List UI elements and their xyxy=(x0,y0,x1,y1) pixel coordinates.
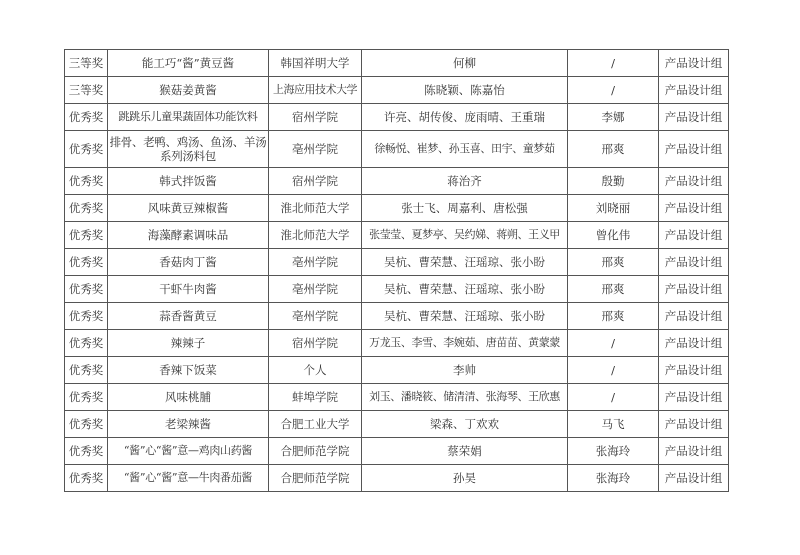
product-cell: 猴菇姜黄酱 xyxy=(108,77,269,104)
award-cell: 三等奖 xyxy=(65,50,108,77)
school-cell: 合肥师范学院 xyxy=(269,438,362,465)
table-row: 优秀奖 排骨、老鸭、鸡汤、鱼汤、羊汤系列汤料包 亳州学院 徐畅悦、崔梦、孙玉喜、… xyxy=(65,131,729,168)
group-cell: 产品设计组 xyxy=(659,104,729,131)
product-cell: 能工巧“酱”黄豆酱 xyxy=(108,50,269,77)
group-cell: 产品设计组 xyxy=(659,465,729,492)
award-cell: 优秀奖 xyxy=(65,104,108,131)
members-cell: 李帅 xyxy=(362,357,568,384)
table-row: 优秀奖 干虾牛肉酱 亳州学院 吴杭、曹荣慧、汪瑶琼、张小盼 邢爽 产品设计组 xyxy=(65,276,729,303)
group-cell: 产品设计组 xyxy=(659,438,729,465)
table-row: 优秀奖 风味黄豆辣椒酱 淮北师范大学 张士飞、周嘉利、唐松强 刘晓丽 产品设计组 xyxy=(65,195,729,222)
members-cell: 吴杭、曹荣慧、汪瑶琼、张小盼 xyxy=(362,249,568,276)
advisor-cell: 张海玲 xyxy=(568,438,659,465)
table-row: 优秀奖 香菇肉丁酱 亳州学院 吴杭、曹荣慧、汪瑶琼、张小盼 邢爽 产品设计组 xyxy=(65,249,729,276)
members-cell: 徐畅悦、崔梦、孙玉喜、田宇、童梦茹 xyxy=(362,131,568,168)
table-row: 优秀奖 海藻酵素调味品 淮北师范大学 张莹莹、夏梦亭、吴约娣、蒋朔、王义甲 曾化… xyxy=(65,222,729,249)
table-row: 优秀奖 辣辣子 宿州学院 万龙玉、李雪、李婉茹、唐苗苗、黄蒙蒙 / 产品设计组 xyxy=(65,330,729,357)
members-cell: 陈晓颖、陈嘉怡 xyxy=(362,77,568,104)
product-cell: 香菇肉丁酱 xyxy=(108,249,269,276)
school-cell: 合肥工业大学 xyxy=(269,411,362,438)
award-cell: 优秀奖 xyxy=(65,411,108,438)
table-row: 三等奖 猴菇姜黄酱 上海应用技术大学 陈晓颖、陈嘉怡 / 产品设计组 xyxy=(65,77,729,104)
group-cell: 产品设计组 xyxy=(659,384,729,411)
group-cell: 产品设计组 xyxy=(659,77,729,104)
table-row: 优秀奖 老梁辣酱 合肥工业大学 梁森、丁欢欢 马飞 产品设计组 xyxy=(65,411,729,438)
product-cell: 韩式拌饭酱 xyxy=(108,168,269,195)
award-cell: 优秀奖 xyxy=(65,249,108,276)
award-cell: 优秀奖 xyxy=(65,357,108,384)
members-cell: 蒋治齐 xyxy=(362,168,568,195)
group-cell: 产品设计组 xyxy=(659,50,729,77)
school-cell: 个人 xyxy=(269,357,362,384)
awards-table: 三等奖 能工巧“酱”黄豆酱 韩国祥明大学 何柳 / 产品设计组 三等奖 猴菇姜黄… xyxy=(64,49,729,492)
table-row: 优秀奖 韩式拌饭酱 宿州学院 蒋治齐 殷勤 产品设计组 xyxy=(65,168,729,195)
members-cell: 吴杭、曹荣慧、汪瑶琼、张小盼 xyxy=(362,303,568,330)
advisor-cell: / xyxy=(568,330,659,357)
award-cell: 优秀奖 xyxy=(65,131,108,168)
product-cell: 海藻酵素调味品 xyxy=(108,222,269,249)
award-cell: 优秀奖 xyxy=(65,168,108,195)
members-cell: 张莹莹、夏梦亭、吴约娣、蒋朔、王义甲 xyxy=(362,222,568,249)
members-cell: 万龙玉、李雪、李婉茹、唐苗苗、黄蒙蒙 xyxy=(362,330,568,357)
school-cell: 亳州学院 xyxy=(269,276,362,303)
advisor-cell: 邢爽 xyxy=(568,276,659,303)
product-cell: 辣辣子 xyxy=(108,330,269,357)
award-cell: 优秀奖 xyxy=(65,330,108,357)
award-cell: 优秀奖 xyxy=(65,303,108,330)
group-cell: 产品设计组 xyxy=(659,222,729,249)
school-cell: 亳州学院 xyxy=(269,303,362,330)
product-cell: 风味黄豆辣椒酱 xyxy=(108,195,269,222)
table-row: 优秀奖 香辣下饭菜 个人 李帅 / 产品设计组 xyxy=(65,357,729,384)
group-cell: 产品设计组 xyxy=(659,195,729,222)
group-cell: 产品设计组 xyxy=(659,330,729,357)
table-row: 优秀奖 蒜香酱黄豆 亳州学院 吴杭、曹荣慧、汪瑶琼、张小盼 邢爽 产品设计组 xyxy=(65,303,729,330)
school-cell: 上海应用技术大学 xyxy=(269,77,362,104)
product-cell: “酱”心“酱”意—鸡肉山药酱 xyxy=(108,438,269,465)
group-cell: 产品设计组 xyxy=(659,249,729,276)
members-cell: 许亮、胡传俊、庞雨晴、王重瑞 xyxy=(362,104,568,131)
table-row: 优秀奖 “酱”心“酱”意—牛肉番茄酱 合肥师范学院 孙昊 张海玲 产品设计组 xyxy=(65,465,729,492)
school-cell: 宿州学院 xyxy=(269,330,362,357)
product-cell: “酱”心“酱”意—牛肉番茄酱 xyxy=(108,465,269,492)
advisor-cell: 殷勤 xyxy=(568,168,659,195)
members-cell: 梁森、丁欢欢 xyxy=(362,411,568,438)
table-row: 三等奖 能工巧“酱”黄豆酱 韩国祥明大学 何柳 / 产品设计组 xyxy=(65,50,729,77)
advisor-cell: 李娜 xyxy=(568,104,659,131)
group-cell: 产品设计组 xyxy=(659,276,729,303)
group-cell: 产品设计组 xyxy=(659,168,729,195)
advisor-cell: / xyxy=(568,384,659,411)
advisor-cell: 邢爽 xyxy=(568,249,659,276)
advisor-cell: 马飞 xyxy=(568,411,659,438)
members-cell: 何柳 xyxy=(362,50,568,77)
award-cell: 优秀奖 xyxy=(65,276,108,303)
document-page: 三等奖 能工巧“酱”黄豆酱 韩国祥明大学 何柳 / 产品设计组 三等奖 猴菇姜黄… xyxy=(0,0,800,555)
advisor-cell: / xyxy=(568,50,659,77)
school-cell: 宿州学院 xyxy=(269,104,362,131)
school-cell: 淮北师范大学 xyxy=(269,222,362,249)
school-cell: 合肥师范学院 xyxy=(269,465,362,492)
product-cell: 干虾牛肉酱 xyxy=(108,276,269,303)
members-cell: 吴杭、曹荣慧、汪瑶琼、张小盼 xyxy=(362,276,568,303)
award-cell: 优秀奖 xyxy=(65,195,108,222)
award-cell: 优秀奖 xyxy=(65,438,108,465)
school-cell: 蚌埠学院 xyxy=(269,384,362,411)
school-cell: 淮北师范大学 xyxy=(269,195,362,222)
group-cell: 产品设计组 xyxy=(659,357,729,384)
school-cell: 亳州学院 xyxy=(269,131,362,168)
advisor-cell: / xyxy=(568,357,659,384)
table-row: 优秀奖 跳跳乐儿童果蔬固体功能饮料 宿州学院 许亮、胡传俊、庞雨晴、王重瑞 李娜… xyxy=(65,104,729,131)
members-cell: 孙昊 xyxy=(362,465,568,492)
advisor-cell: 邢爽 xyxy=(568,303,659,330)
members-cell: 张士飞、周嘉利、唐松强 xyxy=(362,195,568,222)
advisor-cell: 邢爽 xyxy=(568,131,659,168)
table-row: 优秀奖 风味桃脯 蚌埠学院 刘玉、潘晓筱、储清清、张海琴、王欣惠 / 产品设计组 xyxy=(65,384,729,411)
product-cell: 蒜香酱黄豆 xyxy=(108,303,269,330)
award-cell: 优秀奖 xyxy=(65,465,108,492)
advisor-cell: / xyxy=(568,77,659,104)
advisor-cell: 张海玲 xyxy=(568,465,659,492)
group-cell: 产品设计组 xyxy=(659,131,729,168)
product-cell: 风味桃脯 xyxy=(108,384,269,411)
group-cell: 产品设计组 xyxy=(659,411,729,438)
product-cell: 老梁辣酱 xyxy=(108,411,269,438)
product-cell: 香辣下饭菜 xyxy=(108,357,269,384)
award-cell: 优秀奖 xyxy=(65,384,108,411)
table-row: 优秀奖 “酱”心“酱”意—鸡肉山药酱 合肥师范学院 蔡荣娟 张海玲 产品设计组 xyxy=(65,438,729,465)
school-cell: 亳州学院 xyxy=(269,249,362,276)
members-cell: 蔡荣娟 xyxy=(362,438,568,465)
school-cell: 宿州学院 xyxy=(269,168,362,195)
award-cell: 优秀奖 xyxy=(65,222,108,249)
group-cell: 产品设计组 xyxy=(659,303,729,330)
advisor-cell: 刘晓丽 xyxy=(568,195,659,222)
school-cell: 韩国祥明大学 xyxy=(269,50,362,77)
members-cell: 刘玉、潘晓筱、储清清、张海琴、王欣惠 xyxy=(362,384,568,411)
advisor-cell: 曾化伟 xyxy=(568,222,659,249)
award-cell: 三等奖 xyxy=(65,77,108,104)
product-cell: 跳跳乐儿童果蔬固体功能饮料 xyxy=(108,104,269,131)
product-cell: 排骨、老鸭、鸡汤、鱼汤、羊汤系列汤料包 xyxy=(108,131,269,168)
